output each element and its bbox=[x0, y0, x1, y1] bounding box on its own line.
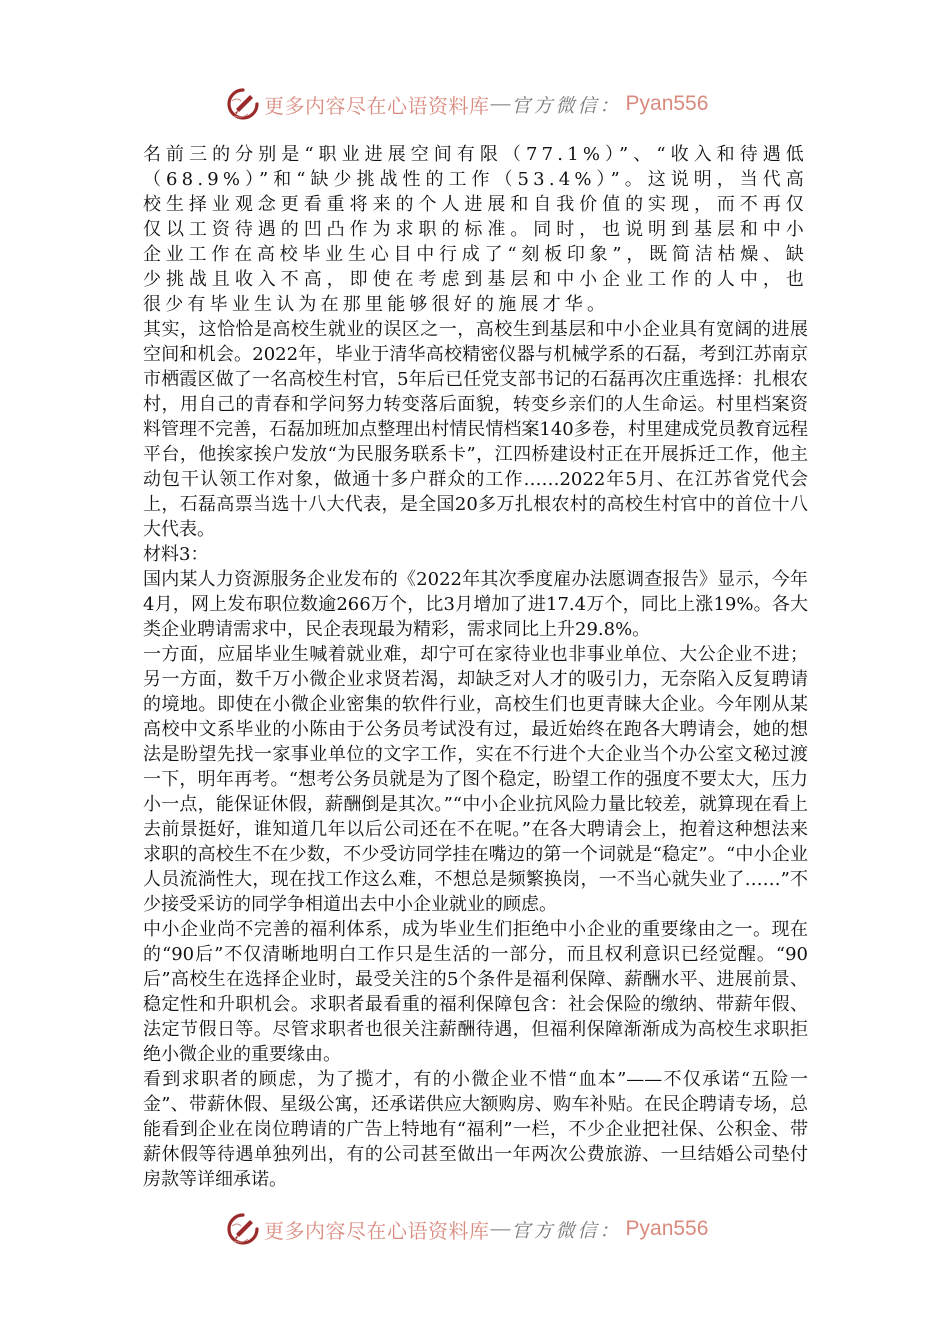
paragraph-employer-benefits: 看到求职者的顾虑，为了揽才，有的小微企业不惜“血本”——不仅承诺“五险一金”、带… bbox=[143, 1067, 808, 1192]
paragraph-job-preferences: 一方面，应届毕业生喊着就业难，却宁可在家待业也非事业单位、大公企业不进；另一方面… bbox=[143, 642, 808, 917]
separator-dash: — bbox=[491, 1218, 511, 1241]
wechat-id: Pyan556 bbox=[626, 92, 709, 116]
wechat-id: Pyan556 bbox=[626, 1217, 709, 1241]
quill-pen-circle-icon bbox=[226, 1212, 260, 1246]
footer-banner: 更多内容尽在心语资料库 — 官方微信： Pyan556 bbox=[226, 1209, 726, 1249]
paragraph-welfare-system: 中小企业尚不完善的福利体系，成为毕业生们拒绝中小企业的重要缘由之一。现在的“90… bbox=[143, 917, 808, 1067]
brand-text: 更多内容尽在心语资料库 bbox=[264, 90, 490, 119]
quill-pen-circle-icon bbox=[226, 87, 260, 121]
paragraph-hiring-report: 国内某人力资源服务企业发布的《2022年其次季度雇办法愿调查报告》显示，今年4月… bbox=[143, 567, 808, 642]
separator-dash: — bbox=[491, 93, 511, 116]
wechat-label: 官方微信： bbox=[512, 1216, 622, 1243]
paragraph-village-official: 其实，这恰恰是高校生就业的误区之一，高校生到基层和中小企业具有宽阔的进展空间和机… bbox=[143, 317, 808, 542]
paragraph-career-factors: 名前三的分别是“职业进展空间有限（77.1%）”、“收入和待遇低（68.9%）”… bbox=[143, 142, 808, 317]
header-banner: 更多内容尽在心语资料库 — 官方微信： Pyan556 bbox=[226, 84, 726, 124]
brand-text: 更多内容尽在心语资料库 bbox=[264, 1215, 490, 1244]
material-heading: 材料3： bbox=[143, 542, 808, 567]
wechat-label: 官方微信： bbox=[512, 91, 622, 118]
document-body: 名前三的分别是“职业进展空间有限（77.1%）”、“收入和待遇低（68.9%）”… bbox=[143, 142, 808, 1192]
